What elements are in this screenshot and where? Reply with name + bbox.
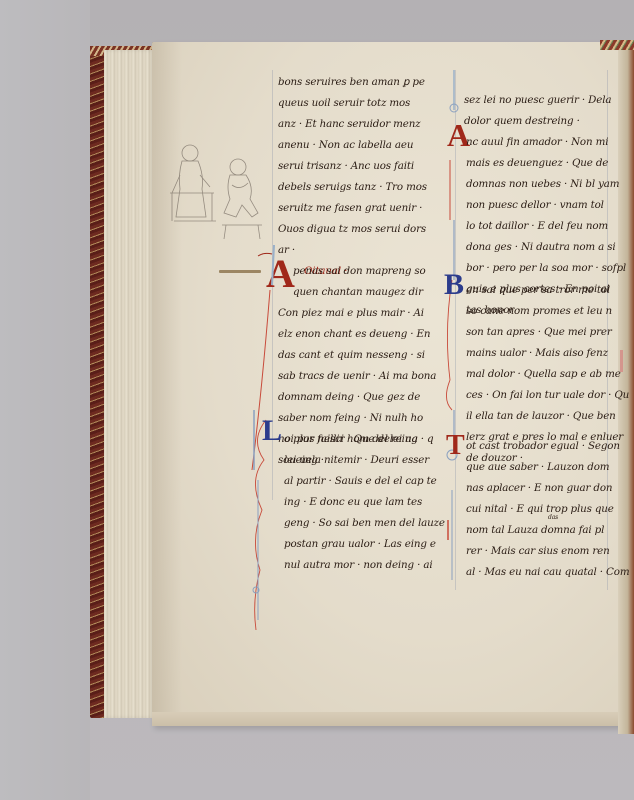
text-line: dolor quem destreing · bbox=[464, 111, 611, 132]
text-line: il ella tan de lauzor · Que ben bbox=[466, 406, 629, 427]
text-line: ar · bbox=[278, 240, 427, 261]
binding-corner-top-right bbox=[600, 40, 634, 50]
text-line: o plus nesci hom del reing · q bbox=[284, 429, 445, 450]
text-line: seruitz me fasen grat uenir · bbox=[278, 198, 427, 219]
text-line: mal dolor · Quella sap e ab me bbox=[466, 364, 629, 385]
text-line: Con piez mai e plus mair · Ai bbox=[278, 303, 436, 324]
text-line: anenu · Non ac labella aeu bbox=[278, 135, 427, 156]
text-line: postan grau ualor · Las eing e bbox=[284, 534, 445, 555]
text-line: ces · On fai lon tur uale dor · Qu bbox=[466, 385, 629, 406]
right-margin-red-mark bbox=[620, 350, 623, 372]
text-line: quen chantan maugez dir bbox=[293, 282, 426, 303]
text-line: lo tot daillor · E del feu nom bbox=[466, 216, 626, 237]
text-line: bor · pero per la soa mor · sofpl bbox=[466, 258, 626, 279]
text-line: nom tal Lauza domna fai pl bbox=[466, 520, 629, 541]
text-line: sab tracs de uenir · Ai ma bona bbox=[278, 366, 436, 387]
text-line: nas aplacer · E non guar don bbox=[466, 478, 629, 499]
left-column-text: bons seruires ben aman ꝑ pe queus uoil s… bbox=[278, 72, 427, 282]
text-line: non puesc dellor · vnam tol bbox=[466, 195, 626, 216]
initial-t-red: T bbox=[446, 430, 465, 462]
text-line: nc auul fin amador · Non mi bbox=[466, 132, 626, 153]
text-line: mais es deuenguez · Que de bbox=[466, 153, 626, 174]
text-line: bons seruires ben aman ꝑ pe bbox=[278, 72, 427, 93]
page-block-edges bbox=[104, 50, 156, 718]
text-line: lei uela nitemir · Deuri esser bbox=[284, 450, 445, 471]
marginal-drawing-icon bbox=[166, 135, 270, 245]
text-line: ot cast trobador egual · Segon bbox=[466, 436, 629, 457]
text-line: nul autra mor · non deing · ai bbox=[284, 555, 445, 576]
left-column-stanza-l: o plus nesci hom del reing · q lei uela … bbox=[284, 429, 445, 576]
text-line: saber nom feing · Ni nulh ho bbox=[278, 408, 436, 429]
text-line: ing · E donc eu que lam tes bbox=[284, 492, 445, 513]
initial-l-blue: L bbox=[262, 414, 282, 448]
text-line: anz · Et hanc seruidor menz bbox=[278, 114, 427, 135]
right-column-stanza-t: ot cast trobador egual · Segon que aue s… bbox=[466, 436, 629, 583]
text-line: domnam deing · Que gez de bbox=[278, 387, 436, 408]
text-line: debels seruigs tanz · Tro mos bbox=[278, 177, 427, 198]
text-line: so cane nom promes et leu n bbox=[466, 301, 629, 322]
text-line: mains ualor · Mais aiso fenz bbox=[466, 343, 629, 364]
text-line: queus uoil seruir totz mos bbox=[278, 93, 427, 114]
text-line: son tan apres · Que mei prer bbox=[466, 322, 629, 343]
interlinear-gloss: das bbox=[548, 514, 558, 521]
text-line: al partir · Sauis e del el cap te bbox=[284, 471, 445, 492]
text-line: das cant et quim nesseng · si bbox=[278, 345, 436, 366]
text-line: penas sai don mapreng so bbox=[293, 261, 426, 282]
background-left bbox=[0, 0, 90, 800]
left-column-stanza-a: penas sai don mapreng so quen chantan ma… bbox=[293, 261, 426, 303]
right-column-top: sez lei no puesc guerir · Dela dolor que… bbox=[464, 90, 611, 132]
text-line: Ouos digua tz mos serui dors bbox=[278, 219, 427, 240]
text-line: geng · So sai ben men del lauze bbox=[284, 513, 445, 534]
text-line: que aue saber · Lauzon dom bbox=[466, 457, 629, 478]
text-line: dona ges · Ni dautra nom a si bbox=[466, 237, 626, 258]
text-line: al · Mas eu nai cau quatal · Com bbox=[466, 562, 629, 583]
text-line: sez lei no puesc guerir · Dela bbox=[464, 90, 611, 111]
initial-b-blue: B bbox=[444, 268, 464, 302]
text-line: elz enon chant es deueng · En bbox=[278, 324, 436, 345]
folio-bottom-edge bbox=[152, 712, 622, 726]
text-line: domnas non uebes · Ni bl yam bbox=[466, 174, 626, 195]
text-line: en sai que per sa tror me tol bbox=[466, 280, 629, 301]
text-line: rer · Mais car sius enom ren bbox=[466, 541, 629, 562]
text-line: serui trisanz · Anc uos faiti bbox=[278, 156, 427, 177]
